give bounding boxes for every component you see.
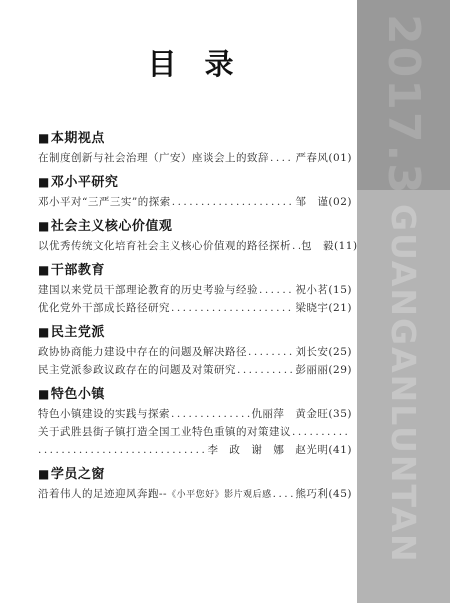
entry-author-page: 彭丽丽(29) xyxy=(295,361,352,379)
entry-title: 优化党外干部成长路径研究 xyxy=(38,299,170,317)
section-hexin-jiazhiguan: ■社会主义核心价值观 以优秀传统文化培育社会主义核心价值观的路径探析 .....… xyxy=(38,219,352,255)
section-title: 干部教育 xyxy=(51,263,105,278)
section-heading: ■邓小平研究 xyxy=(38,175,352,190)
entry-author-page: 李 政 谢 娜 赵光明(41) xyxy=(207,441,352,459)
entry-author-page: 严春风(01) xyxy=(295,149,352,167)
toc-entry: 邓小平对“三严三实”的探索 ..........................… xyxy=(38,193,352,211)
entry-author-page: 熊巧利(45) xyxy=(295,485,352,503)
section-title: 邓小平研究 xyxy=(51,175,119,190)
entry-title: 政协协商能力建设中存在的问题及解决路径 xyxy=(38,343,247,361)
toc-entry-line1: 关于武胜县街子镇打造全国工业特色重镇的对策建议 ................… xyxy=(38,423,352,441)
dot-leader: ........................................… xyxy=(273,485,295,503)
dot-leader: ........................................… xyxy=(171,299,294,317)
issue-number: 2017.3 xyxy=(378,0,429,190)
entry-title: 建国以来党员干部理论教育的历史考验与经验 xyxy=(38,281,258,299)
dot-leader: ........................................… xyxy=(292,237,300,255)
spine-journal-block: GUANGANLUNTAN xyxy=(357,190,450,603)
entry-author-page: 梁晓宇(21) xyxy=(295,299,352,317)
section-title: 本期视点 xyxy=(51,131,105,146)
toc-page: 目 录 ■本期视点 在制度创新与社会治理（广安）座谈会上的致辞 ........… xyxy=(0,0,450,603)
section-heading: ■特色小镇 xyxy=(38,387,352,402)
toc-entry: 政协协商能力建设中存在的问题及解决路径 ....................… xyxy=(38,343,352,361)
section-bullet-icon: ■ xyxy=(38,219,50,233)
toc-entry: 沿着伟人的足迹迎风奔跑-- 《小平您好》影片观后感 ..............… xyxy=(38,485,352,504)
section-bullet-icon: ■ xyxy=(38,263,50,277)
section-heading: ■学员之窗 xyxy=(38,467,352,482)
section-ganbu-jiaoyu: ■干部教育 建国以来党员干部理论教育的历史考验与经验 .............… xyxy=(38,263,352,317)
dot-leader: ........................................… xyxy=(292,423,351,441)
entry-title: 民主党派参政议政存在的问题及对策研究 xyxy=(38,361,236,379)
entry-author-page: 包 毅(11) xyxy=(301,237,358,255)
dot-leader: ........................................… xyxy=(259,281,294,299)
section-minzhu-dangpai: ■民主党派 政协协商能力建设中存在的问题及解决路径 ..............… xyxy=(38,325,352,379)
section-title: 特色小镇 xyxy=(51,387,105,402)
section-heading: ■本期视点 xyxy=(38,131,352,146)
dot-leader: ........................................… xyxy=(171,405,250,423)
entry-author-page: 邹 谨(02) xyxy=(295,193,352,211)
entry-author-page: 祝小茗(15) xyxy=(295,281,352,299)
section-title: 社会主义核心价值观 xyxy=(51,219,173,234)
dot-leader: ........................................… xyxy=(38,441,206,459)
content-column: 目 录 ■本期视点 在制度创新与社会治理（广安）座谈会上的致辞 ........… xyxy=(38,0,352,603)
toc-entry: 建国以来党员干部理论教育的历史考验与经验 ...................… xyxy=(38,281,352,299)
entry-title: 邓小平对“三严三实”的探索 xyxy=(38,193,171,211)
dot-leader: ........................................… xyxy=(237,361,294,379)
section-bullet-icon: ■ xyxy=(38,467,50,481)
section-benqishidian: ■本期视点 在制度创新与社会治理（广安）座谈会上的致辞 ............… xyxy=(38,131,352,167)
dot-leader: ........................................… xyxy=(270,149,294,167)
entry-title: 在制度创新与社会治理（广安）座谈会上的致辞 xyxy=(38,149,269,167)
toc-entry-line2: ........................................… xyxy=(38,441,352,459)
entry-title: 关于武胜县街子镇打造全国工业特色重镇的对策建议 xyxy=(38,423,291,441)
section-heading: ■干部教育 xyxy=(38,263,352,278)
section-bullet-icon: ■ xyxy=(38,387,50,401)
section-bullet-icon: ■ xyxy=(38,325,50,339)
journal-spine: 2017.3 GUANGANLUNTAN xyxy=(357,0,450,603)
toc-entry: 在制度创新与社会治理（广安）座谈会上的致辞 ..................… xyxy=(38,149,352,167)
toc-entry: 民主党派参政议政存在的问题及对策研究 .....................… xyxy=(38,361,352,379)
section-dengxiaoping-yanjiu: ■邓小平研究 邓小平对“三严三实”的探索 ...................… xyxy=(38,175,352,211)
dot-leader: ........................................… xyxy=(248,343,294,361)
toc-entry: 以优秀传统文化培育社会主义核心价值观的路径探析 ................… xyxy=(38,237,352,255)
entry-title-small: 《小平您好》影片观后感 xyxy=(167,486,272,504)
entry-title: 沿着伟人的足迹迎风奔跑-- xyxy=(38,485,167,503)
entry-title: 以优秀传统文化培育社会主义核心价值观的路径探析 xyxy=(38,237,291,255)
section-tese-xiaozhen: ■特色小镇 特色小镇建设的实践与探索 .....................… xyxy=(38,387,352,459)
section-heading: ■民主党派 xyxy=(38,325,352,340)
section-title: 学员之窗 xyxy=(51,467,105,482)
toc-entry: 特色小镇建设的实践与探索 ...........................… xyxy=(38,405,352,423)
section-bullet-icon: ■ xyxy=(38,131,50,145)
section-bullet-icon: ■ xyxy=(38,175,50,189)
section-title: 民主党派 xyxy=(51,325,105,340)
section-heading: ■社会主义核心价值观 xyxy=(38,219,352,234)
spine-issue-block: 2017.3 xyxy=(357,0,450,190)
entry-author-page: 刘长安(25) xyxy=(295,343,352,361)
toc-entry: 优化党外干部成长路径研究 ...........................… xyxy=(38,299,352,317)
dot-leader: ........................................… xyxy=(172,193,295,211)
section-list: ■本期视点 在制度创新与社会治理（广安）座谈会上的致辞 ............… xyxy=(38,131,352,504)
journal-name: GUANGANLUNTAN xyxy=(384,190,423,603)
section-xueyuan-zhichuang: ■学员之窗 沿着伟人的足迹迎风奔跑-- 《小平您好》影片观后感 ........… xyxy=(38,467,352,504)
entry-title: 特色小镇建设的实践与探索 xyxy=(38,405,170,423)
entry-author-page: 仇丽萍 黄金旺(35) xyxy=(251,405,352,423)
page-title: 目 录 xyxy=(38,42,352,83)
